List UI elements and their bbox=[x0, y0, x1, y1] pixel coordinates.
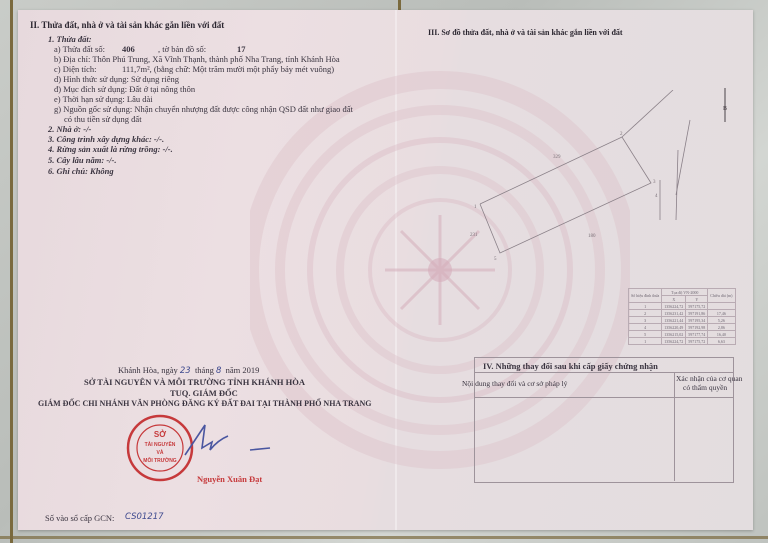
svg-text:MÔI TRƯỜNG: MÔI TRƯỜNG bbox=[143, 456, 177, 464]
svg-text:SỞ: SỞ bbox=[154, 430, 166, 439]
note-item: 6. Ghi chú: Không bbox=[48, 167, 114, 176]
branch-director-title: GIÁM ĐỐC CHI NHÁNH VĂN PHÒNG ĐĂNG KÝ ĐẤT… bbox=[38, 400, 372, 408]
date-line: Khánh Hòa, ngày 23 tháng 8 năm 2019 bbox=[118, 366, 259, 376]
forest-item: 4. Rừng sản xuất là rừng trồng: -/-. bbox=[48, 145, 173, 154]
label-329: 329 bbox=[553, 155, 561, 160]
coord-row: 11356224,72597175,72 bbox=[629, 303, 736, 310]
section4-title: IV. Những thay đổi sau khi cấp giấy chứn… bbox=[483, 362, 658, 371]
page-fold bbox=[395, 10, 397, 530]
date-day: 23 bbox=[180, 366, 191, 376]
section3-title: III. Sơ đồ thửa đất, nhà ở và tài sản kh… bbox=[428, 29, 623, 37]
coord-row: 11356224,72597175,726,63 bbox=[629, 338, 736, 345]
signer-name: Nguyễn Xuân Đạt bbox=[197, 475, 262, 484]
registry-number: CS01217 bbox=[125, 513, 164, 522]
agency-name: SỞ TÀI NGUYÊN VÀ MÔI TRƯỜNG TỈNH KHÁNH H… bbox=[84, 378, 305, 387]
changes-col-content: Nội dung thay đổi và cơ sở pháp lý bbox=[462, 380, 567, 388]
tile-seam-center bbox=[398, 0, 401, 10]
svg-text:5: 5 bbox=[494, 257, 497, 262]
month-label: tháng bbox=[195, 365, 214, 375]
svg-text:4: 4 bbox=[655, 194, 658, 199]
parcel-number-label: a) Thửa đất số: bbox=[54, 45, 105, 54]
map-sheet-number: 17 bbox=[237, 45, 246, 54]
tuq-director: TUQ. GIÁM ĐỐC bbox=[170, 389, 238, 398]
changes-col-confirm-2: có thẩm quyền bbox=[683, 384, 727, 392]
usage-origin: g) Nguồn gốc sử dụng: Nhận chuyển nhượng… bbox=[54, 105, 353, 114]
usage-purpose: đ) Mục đích sử dụng: Đất ở tại nông thôn bbox=[54, 85, 195, 94]
perennial-item: 5. Cây lâu năm: -/-. bbox=[48, 156, 116, 165]
label-231: 231 bbox=[470, 233, 478, 238]
changes-col-confirm-1: Xác nhận của cơ quan bbox=[676, 375, 742, 383]
date-month: 8 bbox=[216, 366, 221, 376]
usage-origin-cont: có thu tiền sử dụng đất bbox=[64, 115, 142, 124]
coord-row: 41356220,49597192,982,86 bbox=[629, 324, 736, 331]
area-value: 111,7m², (bằng chữ: Một trăm mười một ph… bbox=[122, 65, 334, 74]
svg-text:TÀI NGUYÊN: TÀI NGUYÊN bbox=[145, 440, 176, 448]
date-year: 2019 bbox=[242, 365, 259, 375]
svg-text:1: 1 bbox=[474, 205, 477, 210]
house-item: 2. Nhà ở: -/- bbox=[48, 125, 91, 134]
svg-text:VÀ: VÀ bbox=[157, 449, 164, 456]
registry-label: Số vào sổ cấp GCN: bbox=[45, 514, 114, 523]
address: b) Địa chỉ: Thôn Phú Trung, Xã Vĩnh Thạn… bbox=[54, 55, 340, 64]
tile-seam-top bbox=[0, 536, 768, 539]
coordinate-table: Số hiệu đỉnh thửa Tọa độ VN-2000 Chiều d… bbox=[628, 288, 736, 345]
coord-row: 21356231,42597191,8617,46 bbox=[629, 310, 736, 317]
coord-row: 51356215,02597177,7416,40 bbox=[629, 331, 736, 338]
map-sheet-label: , tờ bản đồ số: bbox=[158, 45, 206, 54]
handwritten-signature bbox=[180, 420, 290, 460]
section2-title: II. Thửa đất, nhà ở và tài sản khác gắn … bbox=[30, 21, 224, 30]
other-construction-item: 3. Công trình xây dựng khác: -/-. bbox=[48, 135, 164, 144]
land-heading: 1. Thửa đất: bbox=[48, 35, 92, 44]
year-label: năm bbox=[226, 365, 241, 375]
parcel-number: 406 bbox=[122, 45, 135, 54]
area-label: c) Diện tích: bbox=[54, 65, 96, 74]
svg-text:3: 3 bbox=[653, 180, 656, 185]
tile-seam-left bbox=[10, 0, 13, 543]
coord-row: 31356221,44597195,345,26 bbox=[629, 317, 736, 324]
north-arrow-icon: B bbox=[720, 88, 730, 122]
svg-text:B: B bbox=[723, 106, 727, 112]
parcel-diagram: 329 231 180 2 3 4 1 5 bbox=[460, 90, 740, 270]
label-180: 180 bbox=[588, 234, 596, 239]
date-prefix: Khánh Hòa, ngày bbox=[118, 365, 178, 375]
usage-term: e) Thời hạn sử dụng: Lâu dài bbox=[54, 95, 153, 104]
usage-form: d) Hình thức sử dụng: Sử dụng riêng bbox=[54, 75, 179, 84]
